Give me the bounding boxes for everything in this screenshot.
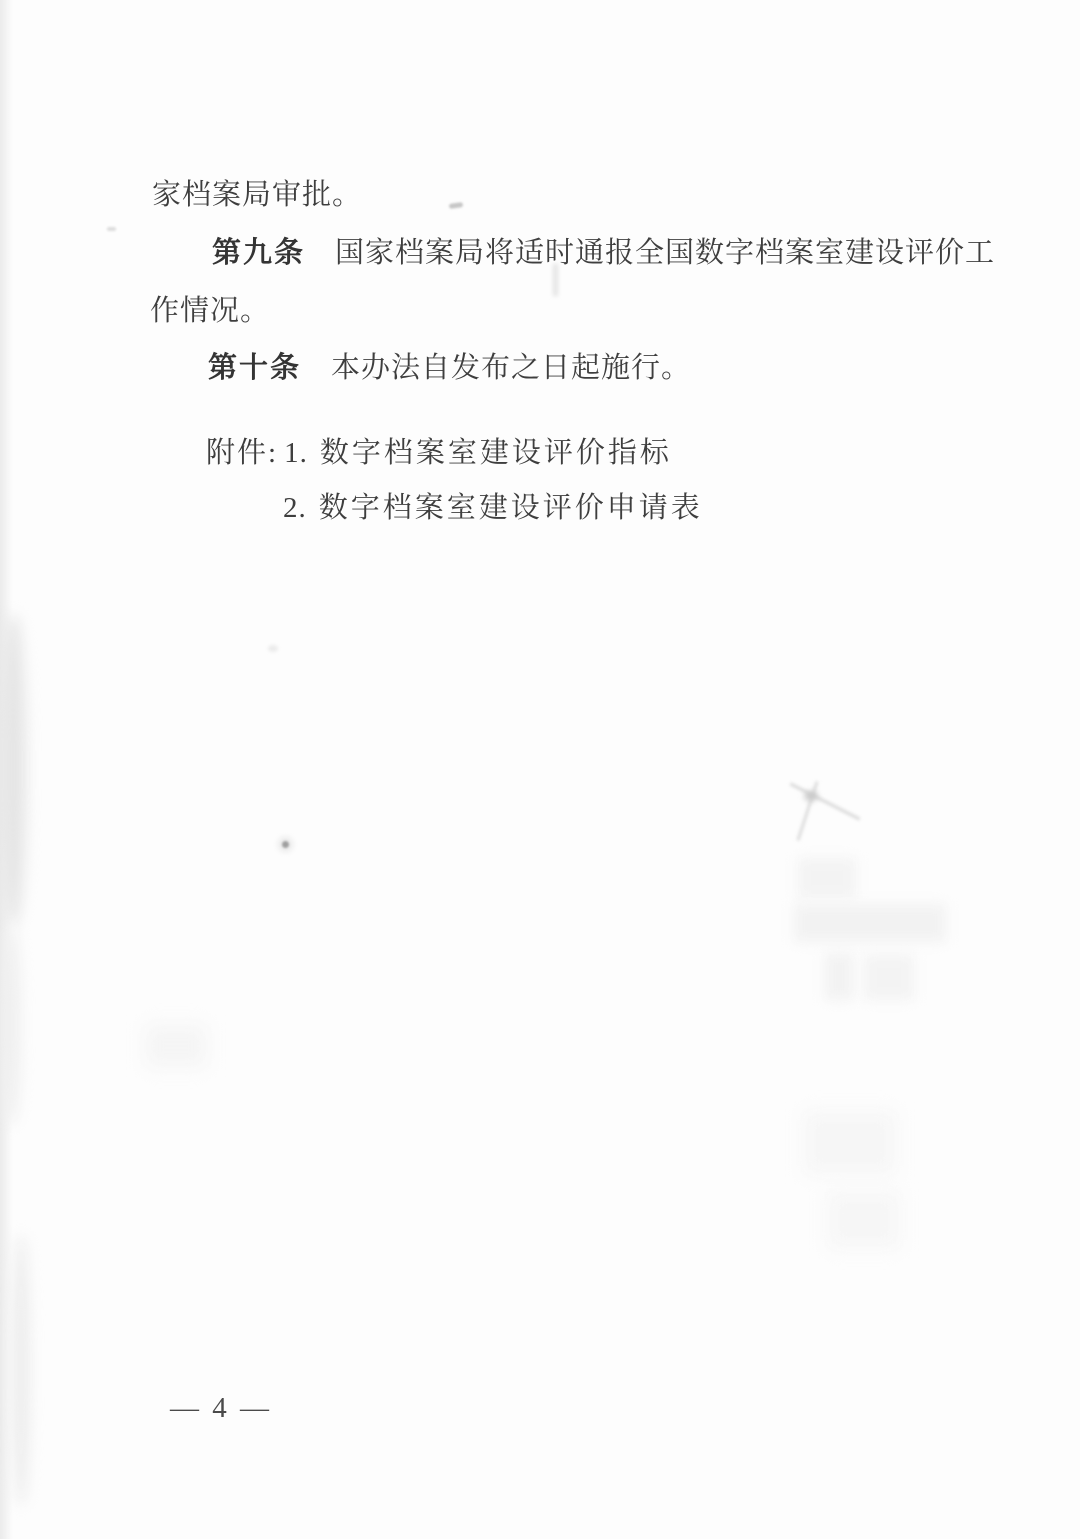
scan-artifact-edge-streak	[2, 925, 20, 1125]
scan-artifact-blotch	[804, 1112, 896, 1174]
scan-artifact-crease	[804, 791, 818, 801]
article-9-continuation-line: 作情况。	[150, 292, 270, 330]
scan-artifact-blotch	[828, 1192, 900, 1248]
scan-artifact-edge-streak	[0, 615, 26, 925]
scan-artifact-blotch	[268, 645, 278, 652]
body-text-continuation-line: 家档案局审批。	[152, 176, 362, 214]
scan-artifact-crease	[790, 782, 861, 820]
article-10-term: 第十条	[208, 352, 301, 384]
attachment-item-1: 附件:1.数字档案室建设评价指标	[206, 434, 672, 472]
article-9-body-continued: 作情况。	[150, 295, 270, 327]
scan-artifact-blotch	[145, 1025, 207, 1067]
article-9-term: 第九条	[212, 237, 305, 269]
article-9-body: 国家档案局将适时通报全国数字档案室建设评价工	[335, 237, 995, 269]
scan-artifact-speck	[282, 841, 289, 848]
attachment-1-number: 1.	[284, 437, 308, 469]
scan-artifact-crease	[796, 781, 818, 841]
scan-artifact-blotch	[798, 858, 856, 898]
scan-artifact-left-edge-shadow	[0, 0, 13, 1539]
article-9-line: 第九条国家档案局将适时通报全国数字档案室建设评价工	[212, 234, 995, 272]
article-10-line: 第十条本办法自发布之日起施行。	[208, 349, 691, 387]
scan-artifact-blotch	[794, 904, 946, 942]
scan-artifact-speck	[449, 202, 464, 209]
attachment-2-number: 2.	[283, 492, 307, 524]
scanned-document-page: 家档案局审批。 第九条国家档案局将适时通报全国数字档案室建设评价工 作情况。 第…	[0, 0, 1080, 1539]
article-10-body: 本办法自发布之日起施行。	[331, 352, 691, 384]
scan-artifact-edge-streak	[13, 1235, 29, 1505]
scan-artifact-speck	[107, 227, 116, 231]
attachments-label: 附件:	[206, 437, 278, 469]
body-text: 家档案局审批。	[152, 179, 362, 211]
scan-artifact-blotch	[825, 953, 853, 1000]
attachment-item-2: 2.数字档案室建设评价申请表	[283, 489, 703, 527]
attachment-1-title: 数字档案室建设评价指标	[320, 437, 672, 469]
scan-artifact-blotch	[864, 955, 914, 1000]
attachment-2-title: 数字档案室建设评价申请表	[319, 492, 703, 524]
page-number: — 4 —	[170, 1392, 272, 1425]
